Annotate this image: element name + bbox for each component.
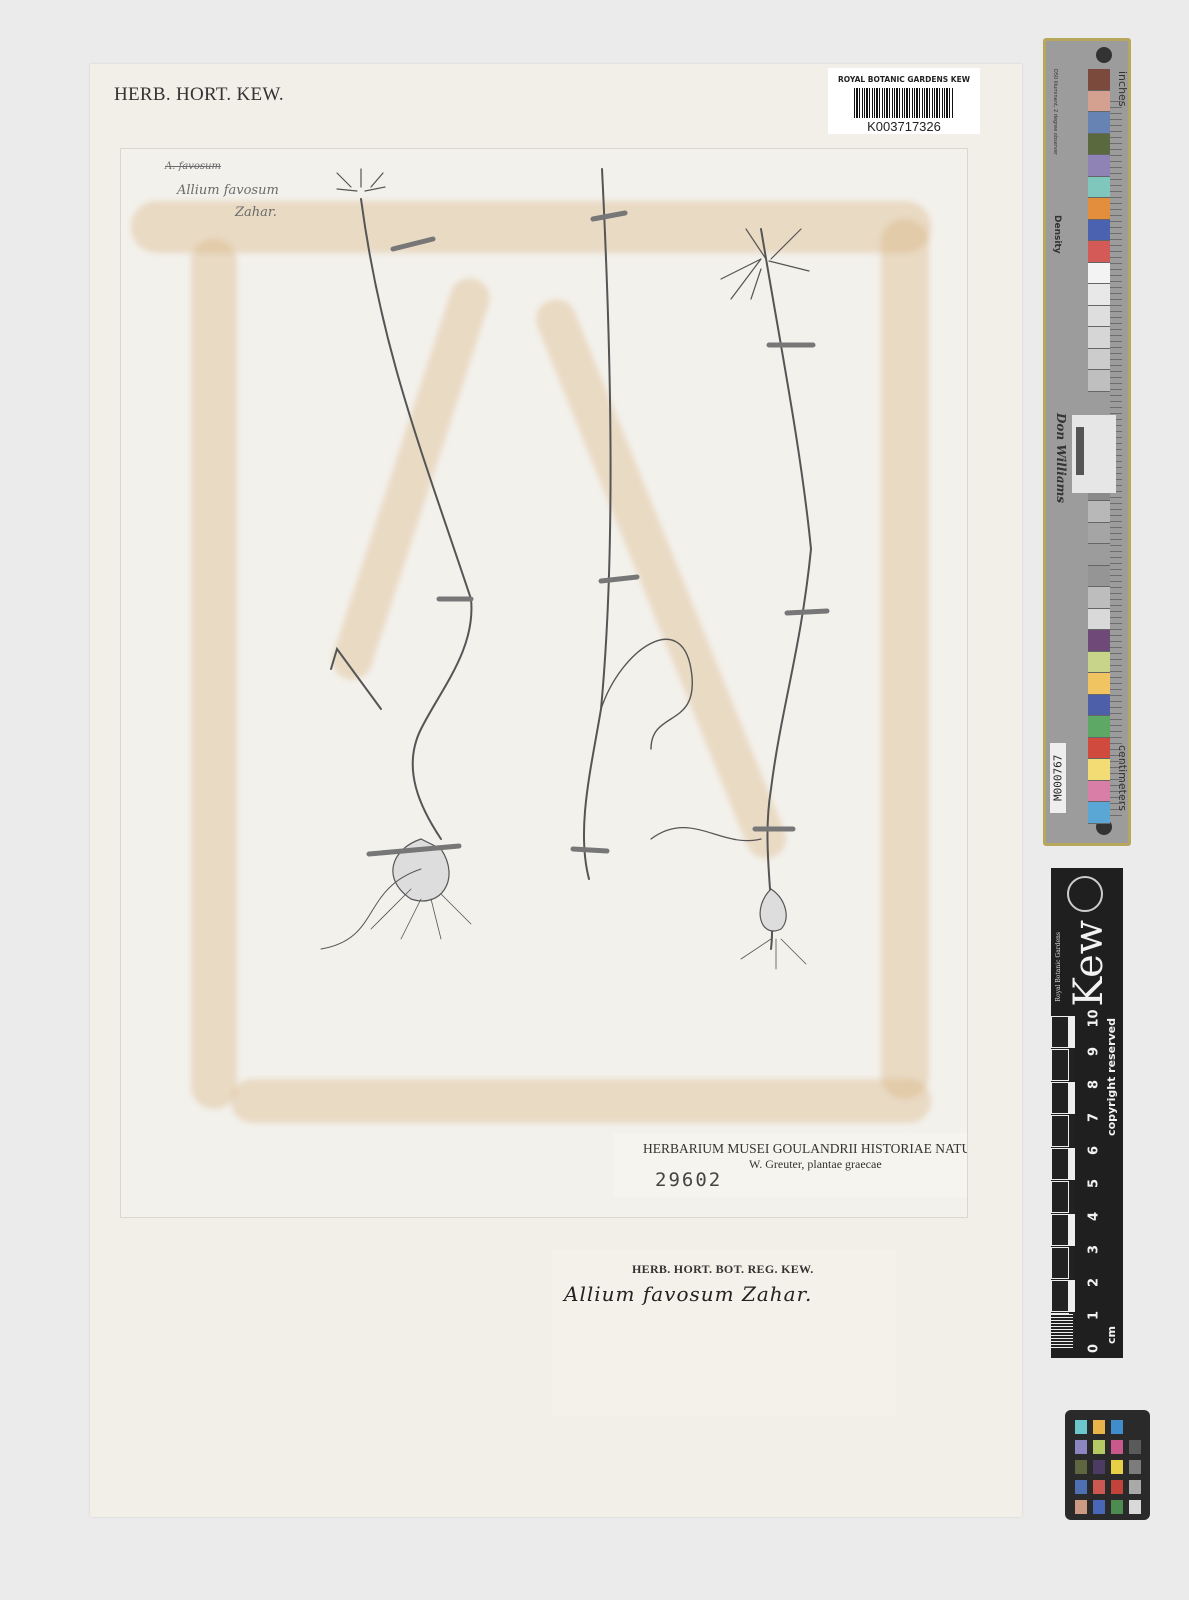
cm-tick-label: 5 — [1087, 1175, 1102, 1193]
color-patch — [1088, 349, 1110, 371]
cm-tick-label: 10 — [1087, 1010, 1102, 1028]
barcode-icon — [854, 88, 954, 118]
cm-segment — [1051, 1049, 1069, 1081]
density-label: Density — [1052, 215, 1062, 254]
checker-swatch — [1111, 1480, 1123, 1494]
color-patch — [1088, 501, 1110, 523]
color-patch — [1088, 91, 1110, 113]
checker-swatch — [1111, 1440, 1123, 1454]
kew-scale-bar: Royal Botanic Gardens Kew copyright rese… — [1051, 868, 1123, 1358]
checker-swatch — [1111, 1500, 1123, 1514]
cm-segment — [1051, 1016, 1069, 1048]
checker-swatch — [1075, 1480, 1087, 1494]
ruler-hole-icon — [1096, 47, 1112, 63]
checker-swatch — [1093, 1460, 1105, 1474]
checker-swatch — [1075, 1460, 1087, 1474]
checker-swatch — [1093, 1440, 1105, 1454]
checker-swatch — [1129, 1480, 1141, 1494]
checker-swatch — [1075, 1440, 1087, 1454]
color-patch — [1088, 781, 1110, 803]
royal-crest-icon — [1067, 876, 1103, 912]
color-patch — [1088, 155, 1110, 177]
cm-segment — [1051, 1280, 1069, 1312]
collector-series: W. Greuter, plantae graecae — [749, 1157, 882, 1172]
color-patch — [1088, 241, 1110, 263]
color-patch — [1088, 759, 1110, 781]
copyright-notice: copyright reserved — [1105, 1018, 1118, 1136]
herbarium-institution: HERBARIUM MUSEI GOULANDRII HISTORIAE NAT… — [643, 1141, 968, 1157]
cm-segment — [1051, 1082, 1069, 1114]
cm-tick-label: 7 — [1087, 1109, 1102, 1127]
color-patch — [1088, 198, 1110, 220]
mm-fine-ticks — [1051, 1314, 1073, 1348]
checker-swatch — [1093, 1480, 1105, 1494]
color-patch — [1088, 566, 1110, 588]
determination-slip: HERB. HORT. BOT. REG. KEW. Allium favosu… — [552, 1250, 896, 1416]
color-patch — [1088, 177, 1110, 199]
color-patch — [1088, 630, 1110, 652]
checker-swatch — [1129, 1440, 1141, 1454]
barcode-label: ROYAL BOTANIC GARDENS KEW K003717326 — [828, 68, 980, 134]
determination-header: HERB. HORT. BOT. REG. KEW. — [632, 1262, 814, 1277]
cm-segment — [1051, 1247, 1069, 1279]
color-patch — [1088, 306, 1110, 328]
color-patch — [1088, 673, 1110, 695]
cm-segment — [1051, 1181, 1069, 1213]
color-patch — [1088, 112, 1110, 134]
institution-name: ROYAL BOTANIC GARDENS KEW — [828, 75, 980, 84]
collection-number: 29602 — [655, 1169, 722, 1191]
mounted-specimen-sheet: A. favosum Allium favosum Zahar. — [120, 148, 968, 1218]
cm-tick-label: 6 — [1087, 1142, 1102, 1160]
color-patch — [1088, 220, 1110, 242]
kew-logo: Kew — [1069, 920, 1109, 1007]
color-patch — [1088, 523, 1110, 545]
checker-swatch — [1129, 1460, 1141, 1474]
cm-tick-label: 2 — [1087, 1274, 1102, 1292]
cm-scale — [1051, 1016, 1075, 1346]
checker-swatch — [1093, 1420, 1105, 1434]
checker-swatch — [1075, 1500, 1087, 1514]
ruler-id-tag: M000767 — [1050, 743, 1066, 813]
color-patch — [1088, 802, 1110, 824]
color-patch — [1088, 544, 1110, 566]
cm-tick-label: 0 — [1087, 1340, 1102, 1358]
herb-hort-kew-header: HERB. HORT. KEW. — [114, 84, 284, 106]
checker-swatch — [1111, 1420, 1123, 1434]
cm-tick-label: 4 — [1087, 1208, 1102, 1226]
color-patch — [1088, 327, 1110, 349]
pressed-allium-specimens — [121, 149, 968, 1218]
determination-name: Allium favosum Zahar. — [564, 1282, 812, 1306]
color-patch — [1088, 609, 1110, 631]
color-patch — [1088, 587, 1110, 609]
collection-label: HERBARIUM MUSEI GOULANDRII HISTORIAE NAT… — [613, 1133, 968, 1197]
color-calibration-ruler: inches D50 Illuminant, 2 degree observer… — [1043, 38, 1131, 846]
color-patch — [1088, 370, 1110, 392]
cm-tick-label: 8 — [1087, 1076, 1102, 1094]
color-patch — [1088, 263, 1110, 285]
color-patch — [1088, 716, 1110, 738]
checker-swatch — [1129, 1420, 1141, 1434]
cm-tick-label: 9 — [1087, 1043, 1102, 1061]
illuminant-note: D50 Illuminant, 2 degree observer — [1052, 69, 1058, 155]
color-checker-card — [1065, 1410, 1150, 1520]
color-patch — [1088, 284, 1110, 306]
checker-swatch — [1093, 1500, 1105, 1514]
barcode-number: K003717326 — [828, 119, 980, 134]
color-patch — [1088, 695, 1110, 717]
cm-segment — [1051, 1214, 1069, 1246]
color-checker-grid — [1075, 1420, 1141, 1514]
color-patch — [1088, 134, 1110, 156]
cm-tick-label: 1 — [1087, 1307, 1102, 1325]
color-patch — [1088, 652, 1110, 674]
cm-tick-label: 3 — [1087, 1241, 1102, 1259]
color-patch — [1088, 69, 1110, 91]
kew-subtitle: Royal Botanic Gardens — [1055, 932, 1062, 1002]
ruler-brand: Don Williams — [1054, 413, 1068, 503]
cm-segment — [1051, 1148, 1069, 1180]
color-patch — [1088, 738, 1110, 760]
checker-swatch — [1129, 1500, 1141, 1514]
gray-scale-card — [1072, 415, 1116, 493]
cm-segment — [1051, 1115, 1069, 1147]
checker-swatch — [1075, 1420, 1087, 1434]
checker-swatch — [1111, 1460, 1123, 1474]
cm-unit-label: cm — [1105, 1326, 1118, 1344]
